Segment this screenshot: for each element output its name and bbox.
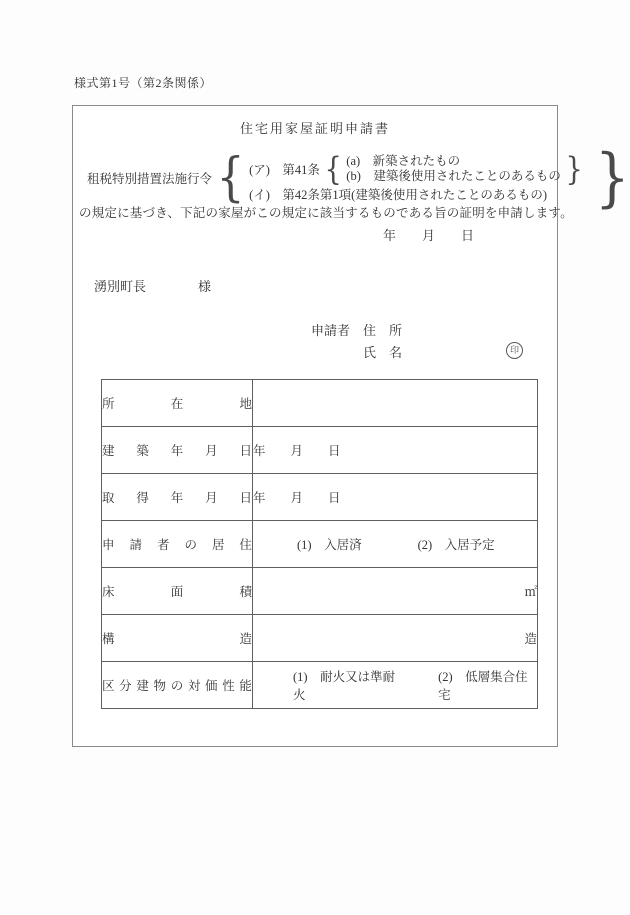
law-sub-item-b: (b) 建築後使用されたことのあるもの (346, 169, 561, 184)
address-label: 住 所 (363, 320, 402, 342)
applicant-name-line: 氏 名 (311, 342, 402, 364)
applicant-prefix-spacer (311, 342, 363, 364)
form-number-label: 様式第1号（第2条関係） (74, 74, 212, 91)
law-item-i-label: (イ) 第42条第1項(建築後使用されたことのあるもの) (249, 188, 584, 203)
curly-brace-open-icon: { (216, 152, 244, 204)
fire-performance-option-2: (2) 低層集合住宅 (438, 667, 537, 703)
row-label-residency: 申請者の居住 (102, 521, 253, 568)
table-row-residency: 申請者の居住 (1) 入居済 (2) 入居予定 (102, 521, 538, 568)
applicant-block: 申請者 住 所 氏 名 (311, 320, 402, 364)
row-label-location: 所在地 (102, 380, 253, 427)
law-clause-prefix: 租税特別措置法施行令 (87, 169, 212, 187)
row-label-acquisition-date: 取得年月日 (102, 474, 253, 521)
applicant-prefix-label: 申請者 (311, 320, 363, 342)
housing-certificate-table: 所在地 建築年月日 年 月 日 取得年月日 年 月 日 申請者の居住 (1) 入… (101, 379, 538, 709)
page-title: 住宅用家屋証明申請書 (73, 118, 557, 137)
row-label-construction-date: 建築年月日 (102, 427, 253, 474)
table-row-fire-performance: 区分建物の対価性能 (1) 耐火又は準耐火 (2) 低層集合住宅 (102, 662, 538, 709)
law-sub-items: (a) 新築されたもの (b) 建築後使用されたことのあるもの (346, 154, 561, 184)
application-date-line: 年 月 日 (383, 225, 474, 244)
row-value-fire-performance: (1) 耐火又は準耐火 (2) 低層集合住宅 (253, 662, 538, 709)
curly-brace-close-icon: } (595, 146, 630, 210)
document-border-box: 住宅用家屋証明申請書 租税特別措置法施行令 { (ア) 第41条 { (a) 新… (72, 105, 558, 747)
name-label: 氏 名 (363, 342, 402, 364)
addressee-line: 湧別町長 様 (94, 276, 211, 295)
row-value-structure-unit: 造 (253, 615, 538, 662)
residency-option-2: (2) 入居予定 (418, 535, 495, 553)
residency-option-1: (1) 入居済 (297, 535, 362, 553)
row-value-floor-area-unit: ㎡ (253, 568, 538, 615)
applicant-address-line: 申請者 住 所 (311, 320, 402, 342)
row-value-acquisition-date: 年 月 日 (253, 474, 538, 521)
table-row-structure: 構造 造 (102, 615, 538, 662)
seal-stamp-icon: 印 (506, 342, 523, 359)
row-value-residency: (1) 入居済 (2) 入居予定 (253, 521, 538, 568)
table-row-acquisition-date: 取得年月日 年 月 日 (102, 474, 538, 521)
law-sub-item-a: (a) 新築されたもの (346, 154, 561, 169)
table-row-location: 所在地 (102, 380, 538, 427)
curly-brace-close-icon: } (565, 153, 582, 185)
table-row-floor-area: 床面積 ㎡ (102, 568, 538, 615)
law-closing-sentence: の規定に基づき、下記の家屋がこの規定に該当するものである旨の証明を申請します。 (79, 203, 573, 221)
row-value-construction-date: 年 月 日 (253, 427, 538, 474)
row-value-location (253, 380, 538, 427)
row-label-structure: 構造 (102, 615, 253, 662)
law-item-a-row: (ア) 第41条 { (a) 新築されたもの (b) 建築後使用されたことのある… (249, 153, 584, 185)
row-label-floor-area: 床面積 (102, 568, 253, 615)
law-items: (ア) 第41条 { (a) 新築されたもの (b) 建築後使用されたことのある… (249, 153, 584, 203)
table-row-construction-date: 建築年月日 年 月 日 (102, 427, 538, 474)
law-item-a-label: (ア) 第41条 (249, 160, 320, 178)
fire-performance-option-1: (1) 耐火又は準耐火 (293, 667, 404, 703)
curly-brace-open-icon: { (324, 153, 341, 185)
law-clause-block: 租税特別措置法施行令 { (ア) 第41条 { (a) 新築されたもの (b) … (87, 146, 630, 210)
row-label-fire-performance: 区分建物の対価性能 (102, 662, 253, 709)
